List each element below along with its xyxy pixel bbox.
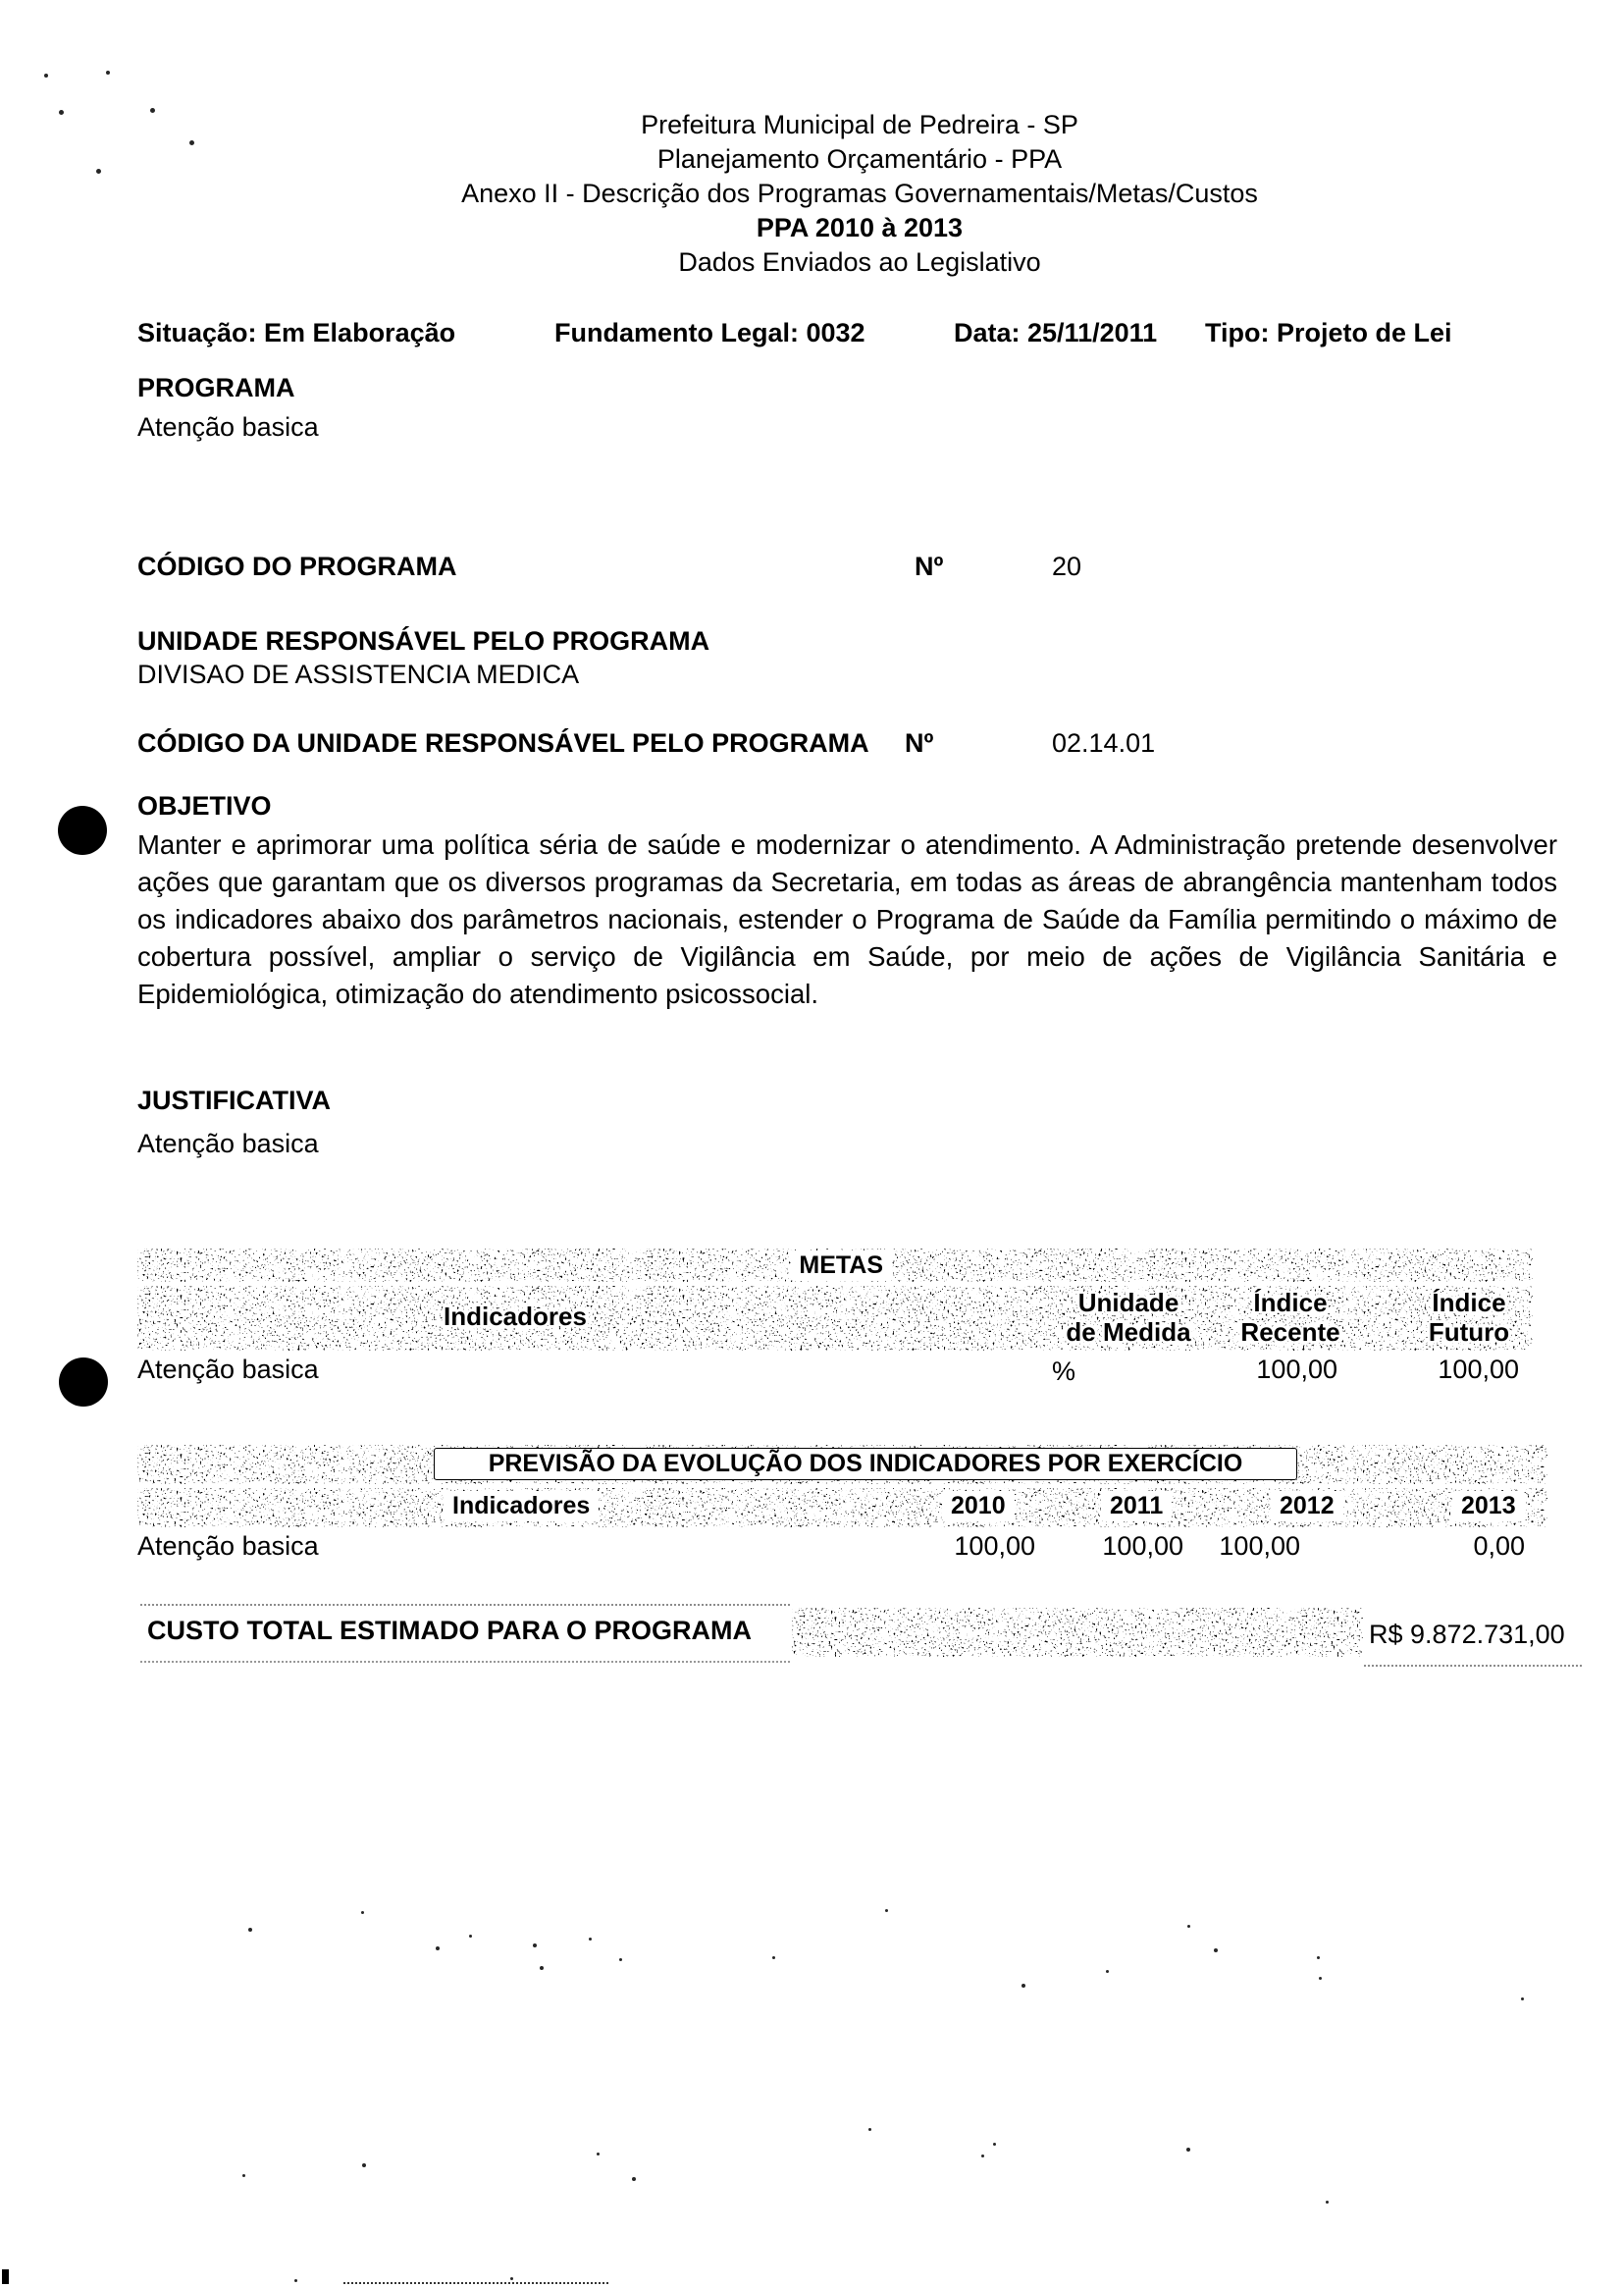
- header-line-dados: Dados Enviados ao Legislativo: [137, 245, 1582, 280]
- scan-speck: [533, 1943, 537, 1947]
- justificativa-value: Atenção basica: [137, 1127, 319, 1161]
- metas-row-indicador: Atenção basica: [137, 1353, 319, 1387]
- scan-speck: [510, 2277, 513, 2280]
- scan-speck: [1187, 1925, 1190, 1928]
- scan-speck: [1186, 2148, 1190, 2152]
- scan-speck: [59, 110, 64, 115]
- objetivo-text: Manter e aprimorar uma política séria de…: [137, 826, 1557, 1013]
- scan-speck: [96, 169, 101, 174]
- scan-artifact-line: [140, 1604, 790, 1606]
- header-line-anexo: Anexo II - Descrição dos Programas Gover…: [137, 177, 1582, 211]
- scan-speck: [361, 1911, 364, 1914]
- scan-speck: [150, 108, 155, 113]
- scan-edge-mark: [2, 2269, 9, 2284]
- metas-col-indice-futuro: Índice Futuro: [1429, 1288, 1509, 1347]
- scan-speck: [106, 71, 110, 75]
- scan-speck: [44, 74, 48, 78]
- punch-hole-mark: [58, 806, 107, 855]
- document-header: Prefeitura Municipal de Pedreira - SP Pl…: [137, 108, 1582, 280]
- scan-speck: [540, 1966, 544, 1970]
- scan-artifact-line: [140, 1661, 790, 1663]
- programa-label: PROGRAMA: [137, 371, 295, 405]
- scan-speck: [294, 2279, 297, 2282]
- scan-speck: [248, 1928, 252, 1932]
- scan-speck: [1106, 1970, 1109, 1973]
- previsao-col-2012: 2012: [1271, 1491, 1343, 1521]
- custo-total-value: R$ 9.872.731,00: [1369, 1618, 1565, 1652]
- scan-speck: [1214, 1948, 1218, 1952]
- scan-speck: [1326, 2201, 1329, 2204]
- justificativa-label: JUSTIFICATIVA: [137, 1084, 331, 1118]
- codigo-unidade-numero-label: Nº: [905, 726, 933, 761]
- tipo-field: Tipo: Projeto de Lei: [1205, 316, 1452, 350]
- scan-noise-texture: [792, 1608, 1363, 1657]
- scan-speck: [597, 2153, 600, 2155]
- scan-speck: [242, 2174, 245, 2177]
- previsao-row-indicador: Atenção basica: [137, 1529, 319, 1564]
- previsao-row-2011: 100,00: [1102, 1531, 1183, 1562]
- metas-row-indice-recente: 100,00: [1256, 1355, 1337, 1385]
- scan-speck: [619, 1958, 622, 1961]
- previsao-col-2010: 2010: [942, 1491, 1015, 1521]
- scan-speck: [469, 1935, 472, 1938]
- metas-col-indicadores: Indicadores: [444, 1302, 587, 1332]
- codigo-programa-value: 20: [1052, 550, 1081, 584]
- header-line-org: Prefeitura Municipal de Pedreira - SP: [137, 108, 1582, 142]
- scan-speck: [868, 2128, 871, 2131]
- metas-header-band: Indicadores Unidade de Medida Índice Rec…: [137, 1286, 1533, 1351]
- metas-col-indice-recente: Índice Recente: [1240, 1288, 1339, 1347]
- scan-speck: [993, 2143, 996, 2146]
- metas-row-unidade: %: [1052, 1355, 1075, 1389]
- scan-speck: [1022, 1984, 1025, 1988]
- scan-speck: [436, 1946, 440, 1950]
- scan-speck: [632, 2177, 636, 2181]
- previsao-row-2013: 0,00: [1473, 1531, 1525, 1562]
- objetivo-label: OBJETIVO: [137, 789, 272, 824]
- fundamento-legal-field: Fundamento Legal: 0032: [554, 316, 865, 350]
- scan-speck: [885, 1909, 888, 1912]
- previsao-title-band: PREVISÃO DA EVOLUÇÃO DOS INDICADORES POR…: [137, 1445, 1547, 1484]
- previsao-col-2011: 2011: [1101, 1491, 1172, 1521]
- previsao-col-2013: 2013: [1452, 1491, 1525, 1521]
- scan-speck: [772, 1956, 775, 1959]
- previsao-table-title: PREVISÃO DA EVOLUÇÃO DOS INDICADORES POR…: [434, 1448, 1297, 1480]
- metas-row-indice-futuro: 100,00: [1438, 1355, 1519, 1385]
- scan-speck: [1521, 1997, 1524, 2000]
- data-field: Data: 25/11/2011: [954, 316, 1157, 350]
- scan-speck: [1319, 1977, 1322, 1980]
- scan-artifact-line: [1364, 1665, 1582, 1667]
- codigo-programa-numero-label: Nº: [915, 550, 943, 584]
- situacao-field: Situação: Em Elaboração: [137, 316, 455, 350]
- punch-hole-mark: [59, 1357, 108, 1407]
- codigo-unidade-value: 02.14.01: [1052, 726, 1155, 761]
- previsao-row-2010: 100,00: [954, 1531, 1035, 1562]
- header-line-ppa: PPA 2010 à 2013: [137, 211, 1582, 245]
- previsao-row-2012: 100,00: [1219, 1531, 1300, 1562]
- previsao-header-band: Indicadores 2010 2011 2012 2013: [137, 1488, 1547, 1527]
- programa-value: Atenção basica: [137, 410, 319, 445]
- header-line-dept: Planejamento Orçamentário - PPA: [137, 142, 1582, 177]
- previsao-col-indicadores: Indicadores: [444, 1491, 599, 1521]
- metas-title-band: METAS: [137, 1249, 1533, 1282]
- custo-total-label: CUSTO TOTAL ESTIMADO PARA O PROGRAMA: [147, 1614, 752, 1648]
- scan-speck: [1317, 1956, 1320, 1959]
- codigo-programa-label: CÓDIGO DO PROGRAMA: [137, 550, 457, 584]
- metas-col-unidade-medida: Unidade de Medida: [1066, 1288, 1190, 1347]
- codigo-unidade-label: CÓDIGO DA UNIDADE RESPONSÁVEL PELO PROGR…: [137, 726, 869, 761]
- scan-speck: [589, 1938, 592, 1941]
- metas-table-title: METAS: [790, 1250, 892, 1281]
- scan-speck: [189, 140, 194, 145]
- scanned-document-page: Prefeitura Municipal de Pedreira - SP Pl…: [0, 0, 1624, 2288]
- scan-artifact-dotted-line: [343, 2282, 608, 2284]
- scan-speck: [981, 2155, 984, 2157]
- scan-speck: [362, 2163, 366, 2167]
- custo-noise-band: [792, 1608, 1363, 1657]
- unidade-responsavel-label: UNIDADE RESPONSÁVEL PELO PROGRAMA: [137, 624, 709, 659]
- unidade-responsavel-value: DIVISAO DE ASSISTENCIA MEDICA: [137, 658, 579, 692]
